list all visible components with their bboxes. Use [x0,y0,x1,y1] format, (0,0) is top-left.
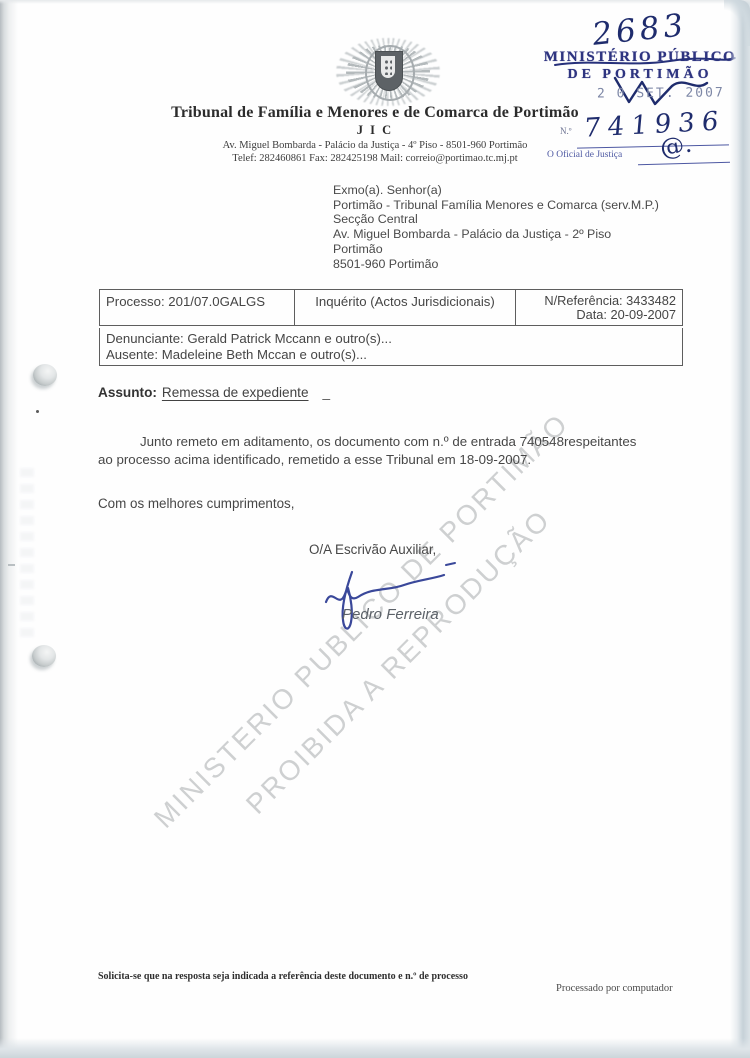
case-reference-cell: N/Referência: 3433482 Data: 20-09-2007 [516,290,682,325]
signer-role: O/A Escrivão Auxiliar, [309,542,436,557]
portugal-coat-of-arms [336,38,440,106]
recipient-address-block: Exmo(a). Senhor(a) Portimão - Tribunal F… [333,183,659,271]
scan-speck [8,564,15,566]
recipient-line: Av. Miguel Bombarda - Palácio da Justiça… [333,227,659,242]
closing-salutation: Com os melhores cumprimentos, [98,496,294,511]
scan-top-edge [0,0,750,4]
subject-label: Assunto: [98,385,157,400]
body-line-2: ao processo acima identificado, remetido… [98,451,698,469]
coat-shield-inner [381,56,395,78]
footer-processed-by: Processado por computador [556,983,673,994]
recipient-line: Portimão [333,242,659,257]
hole-punch-bottom [32,645,56,667]
coat-shield-dots [384,59,392,75]
case-number-cell: Processo: 201/07.0GALGS [100,290,295,325]
ref-number-label: N.º [560,126,572,136]
oficial-justica-label: O Oficial de Justiça [547,150,622,160]
case-date: Data: 20-09-2007 [522,308,676,322]
date-received-stamp: 2 0 SET. 2007 [597,85,725,101]
handwritten-initial: @. [658,129,694,162]
case-reference-table: Processo: 201/07.0GALGS Inquérito (Actos… [99,289,683,366]
case-type-cell: Inquérito (Actos Jurisdicionais) [295,290,516,325]
signer-name: Pedro Ferreira [342,606,439,623]
scan-speck [36,410,39,413]
subject-value: Remessa de expediente [162,385,309,400]
handwritten-entry-number: 2683 [591,7,688,53]
coat-shield [375,51,403,91]
recipient-line: Portimão - Tribunal Família Menores e Co… [333,198,659,213]
complainant-line: Denunciante: Gerald Patrick Mccann e out… [106,331,676,347]
case-reference-number: N/Referência: 3433482 [522,294,676,308]
scanned-letter-page: MINISTERIO PUBLICO DE PORTIMÃO PROIBIDA … [0,0,750,1058]
scan-right-edge [730,0,750,1058]
subject-line: Assunto:Remessa de expediente_ [98,385,330,400]
scan-bottom-edge [0,1038,750,1058]
subject-dash: _ [323,385,331,400]
handwritten-signature [318,556,468,640]
body-line-1: Junto remeto em aditamento, os documento… [98,433,698,451]
footer-reference-note: Solicita-se que na resposta seja indicad… [98,971,468,982]
hole-punch-top [33,364,57,386]
letter-body: Junto remeto em aditamento, os documento… [98,433,698,468]
case-table-header-row: Processo: 201/07.0GALGS Inquérito (Actos… [99,289,683,326]
page-corner-curl [724,0,750,46]
recipient-line: Exmo(a). Senhor(a) [333,183,659,198]
case-parties-row: Denunciante: Gerald Patrick Mccann e out… [99,328,683,366]
scan-left-edge [0,0,18,1058]
recipient-line: 8501-960 Portimão [333,257,659,272]
margin-ghost-text [20,468,34,638]
recipient-line: Secção Central [333,212,659,227]
handwritten-ref-number: 741936 [583,106,727,144]
missing-person-line: Ausente: Madeleine Beth Mccan e outro(s)… [106,347,676,363]
